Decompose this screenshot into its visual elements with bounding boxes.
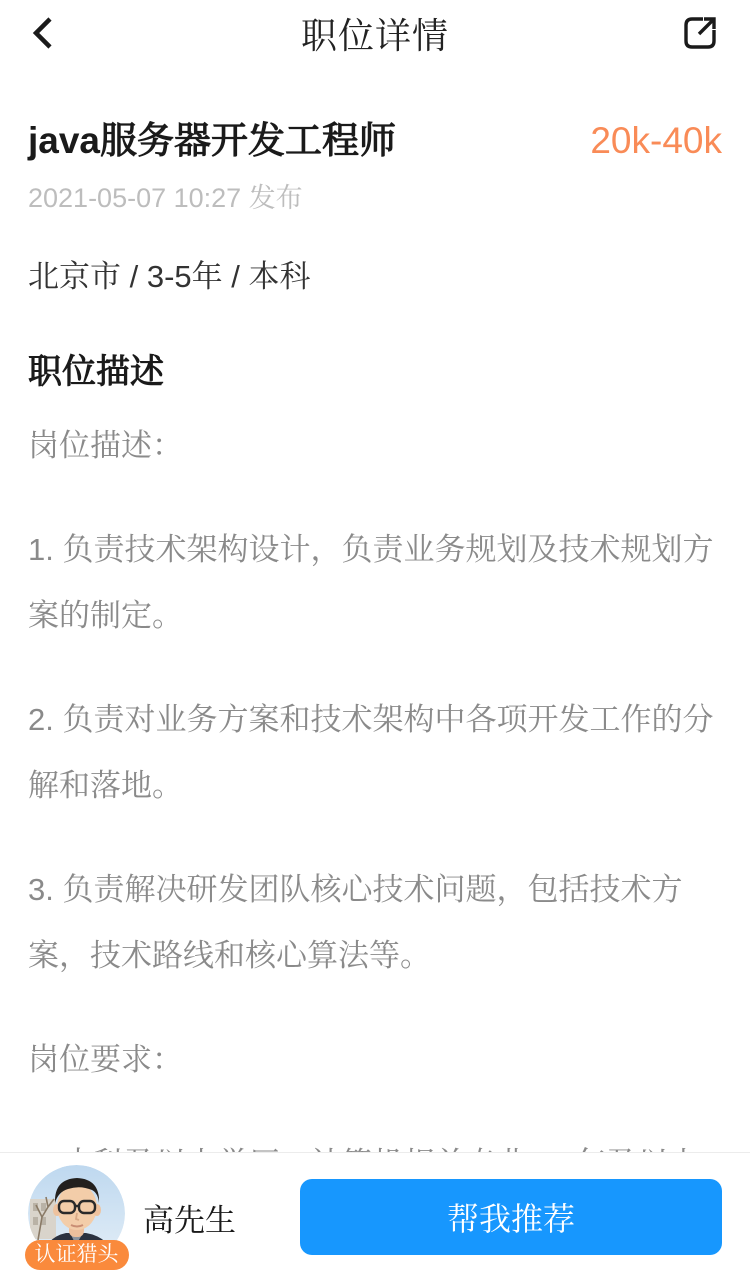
certified-headhunter-badge: 认证猎头 (25, 1240, 129, 1270)
chevron-left-icon (24, 13, 64, 56)
navbar: 职位详情 (0, 0, 750, 66)
job-title: java服务器开发工程师 (28, 110, 396, 164)
external-link-icon (678, 11, 722, 58)
description-paragraph: 岗位要求： (28, 1027, 722, 1093)
job-location-line: 北京市 / 3-5年 / 本科 (28, 251, 722, 296)
job-salary: 20k-40k (590, 120, 722, 162)
description-body: 岗位描述：1. 负责技术架构设计，负责业务规划及技术规划方案的制定。2. 负责对… (28, 413, 722, 1263)
job-detail-page: 职位详情 java服务器开发工程师 20k-40k 2021-05-07 10:… (0, 0, 750, 1281)
page-title: 职位详情 (301, 8, 449, 59)
recruiter-name: 高先生 (143, 1195, 236, 1240)
bottom-action-bar: 认证猎头 高先生 帮我推荐 (0, 1152, 750, 1281)
description-paragraph: 岗位描述： (28, 413, 722, 479)
job-publish-date: 2021-05-07 10:27 发布 (28, 176, 722, 215)
description-paragraph: 3. 负责解决研发团队核心技术问题，包括技术方案，技术路线和核心算法等。 (28, 857, 722, 989)
recommend-me-button[interactable]: 帮我推荐 (300, 1179, 722, 1255)
recruiter-avatar-wrap[interactable]: 认证猎头 (28, 1165, 125, 1270)
back-button[interactable] (18, 8, 70, 60)
description-heading: 职位描述 (28, 344, 722, 393)
job-content: java服务器开发工程师 20k-40k 2021-05-07 10:27 发布… (0, 66, 750, 1263)
job-header: java服务器开发工程师 20k-40k (28, 110, 722, 164)
share-button[interactable] (674, 8, 726, 60)
description-paragraph: 2. 负责对业务方案和技术架构中各项开发工作的分解和落地。 (28, 687, 722, 819)
description-paragraph: 1. 负责技术架构设计，负责业务规划及技术规划方案的制定。 (28, 517, 722, 649)
